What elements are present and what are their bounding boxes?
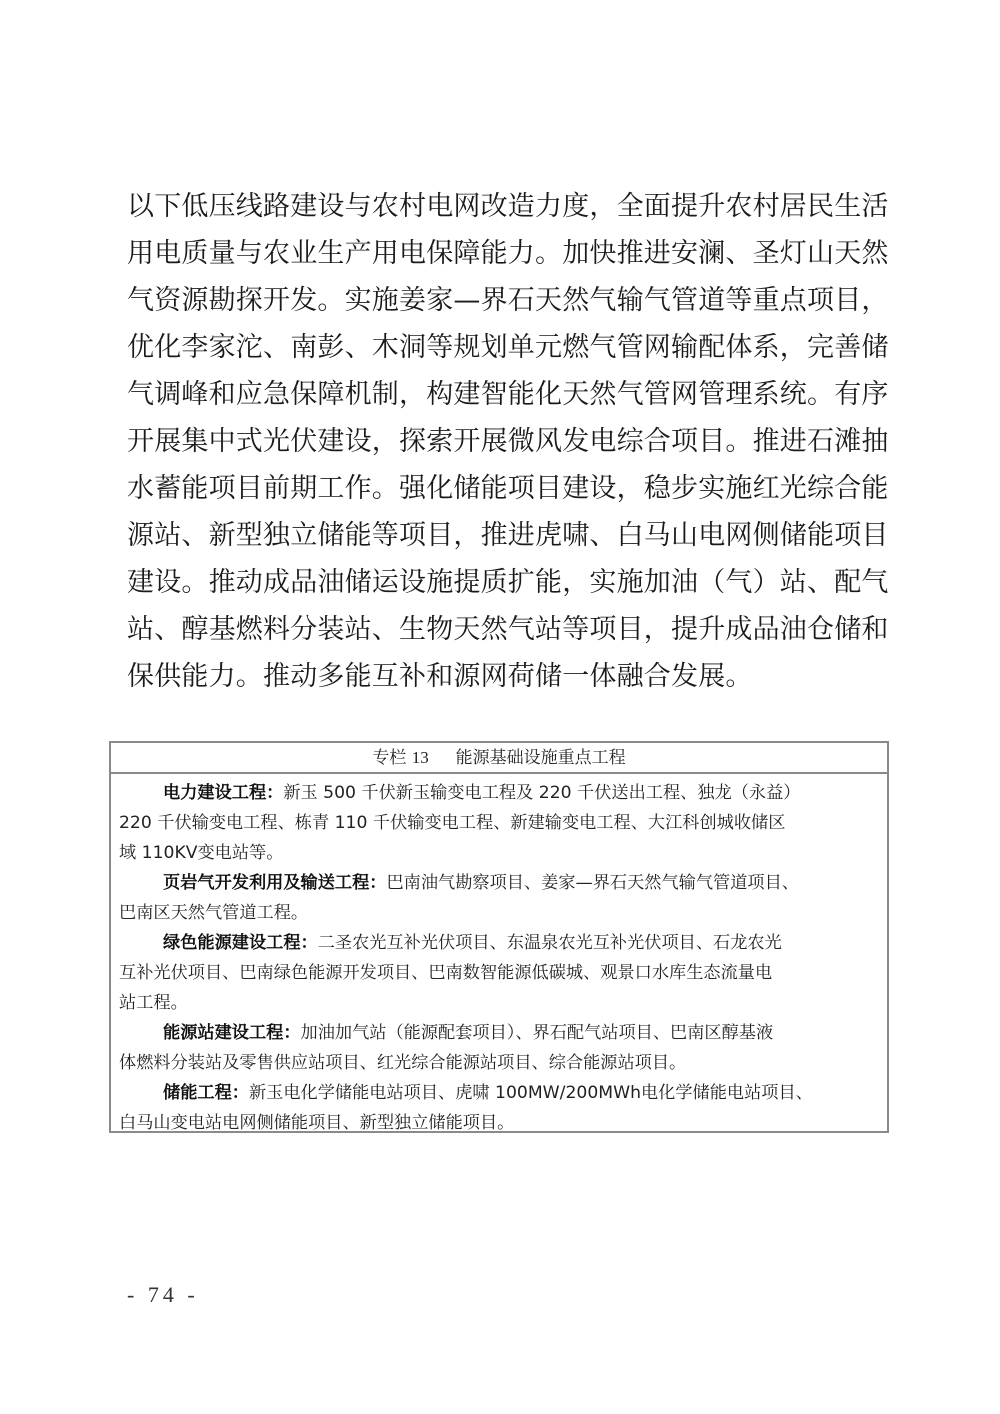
- body-line: 气调峰和应急保障机制，构建智能化天然气管网管理系统。有序: [127, 371, 879, 418]
- body-line: 保供能力。推动多能互补和源网荷储一体融合发展。: [127, 653, 879, 700]
- box-title-number: 13: [412, 748, 429, 767]
- body-line: 用电质量与农业生产用电保障能力。加快推进安澜、圣灯山天然: [127, 230, 879, 277]
- section-text: 新玉 500 千伏新玉输变电工程及 220 千伏送出工程、独龙（永益）: [283, 783, 800, 803]
- body-line: 源站、新型独立储能等项目，推进虎啸、白马山电网侧储能项目: [127, 512, 879, 559]
- page-number: - 74 -: [127, 1282, 199, 1308]
- section-energy-station: 能源站建设工程：加油加气站（能源配套项目）、界石配气站项目、巴南区醇基液: [119, 1018, 879, 1048]
- section-text-line: 互补光伏项目、巴南绿色能源开发项目、巴南数智能源低碳城、观景口水库生态流量电: [119, 958, 879, 988]
- body-line: 以下低压线路建设与农村电网改造力度，全面提升农村居民生活: [127, 183, 879, 230]
- section-green-energy: 绿色能源建设工程：二圣农光互补光伏项目、东温泉农光互补光伏项目、石龙农光: [119, 928, 879, 958]
- section-energy-storage: 储能工程：新玉电化学储能电站项目、虎啸 100MW/200MWh电化学储能电站项…: [119, 1078, 879, 1108]
- body-line: 站、醇基燃料分装站、生物天然气站等项目，提升成品油仓储和: [127, 606, 879, 653]
- body-paragraph: 以下低压线路建设与农村电网改造力度，全面提升农村居民生活 用电质量与农业生产用电…: [127, 183, 879, 700]
- section-text-line: 站工程。: [119, 988, 879, 1018]
- body-line: 水蓄能项目前期工作。强化储能项目建设，稳步实施红光综合能: [127, 465, 879, 512]
- section-heading: 能源站建设工程：: [163, 1023, 301, 1043]
- body-line: 气资源勘探开发。实施姜家—界石天然气输气管道等重点项目，: [127, 277, 879, 324]
- section-heading: 电力建设工程：: [163, 783, 283, 803]
- section-text-line: 白马山变电站电网侧储能项目、新型独立储能项目。: [119, 1108, 879, 1138]
- box-body: 电力建设工程：新玉 500 千伏新玉输变电工程及 220 千伏送出工程、独龙（永…: [111, 774, 887, 1138]
- box-title-prefix: 专栏: [372, 748, 406, 768]
- body-line: 开展集中式光伏建设，探索开展微风发电综合项目。推进石滩抽: [127, 418, 879, 465]
- section-text-line: 体燃料分装站及零售供应站项目、红光综合能源站项目、综合能源站项目。: [119, 1048, 879, 1078]
- section-shale-gas: 页岩气开发利用及输送工程：巴南油气勘察项目、姜家—界石天然气输气管道项目、: [119, 868, 879, 898]
- section-text: 加油加气站（能源配套项目）、界石配气站项目、巴南区醇基液: [301, 1023, 774, 1043]
- body-line: 建设。推动成品油储运设施提质扩能，实施加油（气）站、配气: [127, 559, 879, 606]
- section-text: 巴南油气勘察项目、姜家—界石天然气输气管道项目、: [386, 873, 799, 893]
- section-heading: 页岩气开发利用及输送工程：: [163, 873, 386, 893]
- section-text-line: 220 千伏输变电工程、栋青 110 千伏输变电工程、新建输变电工程、大江科创城…: [119, 808, 879, 838]
- section-heading: 绿色能源建设工程：: [163, 933, 318, 953]
- body-line: 优化李家沱、南彭、木洞等规划单元燃气管网输配体系，完善储: [127, 324, 879, 371]
- section-text-line: 巴南区天然气管道工程。: [119, 898, 879, 928]
- feature-box: 专栏 13 能源基础设施重点工程 电力建设工程：新玉 500 千伏新玉输变电工程…: [109, 741, 889, 1133]
- section-text: 二圣农光互补光伏项目、东温泉农光互补光伏项目、石龙农光: [318, 933, 782, 953]
- section-text-line: 域 110KV变电站等。: [119, 838, 879, 868]
- section-power: 电力建设工程：新玉 500 千伏新玉输变电工程及 220 千伏送出工程、独龙（永…: [119, 778, 879, 808]
- box-title-text: 能源基础设施重点工程: [456, 748, 626, 768]
- section-heading: 储能工程：: [163, 1083, 249, 1103]
- section-text: 新玉电化学储能电站项目、虎啸 100MW/200MWh电化学储能电站项目、: [249, 1083, 813, 1103]
- box-title: 专栏 13 能源基础设施重点工程: [111, 743, 887, 774]
